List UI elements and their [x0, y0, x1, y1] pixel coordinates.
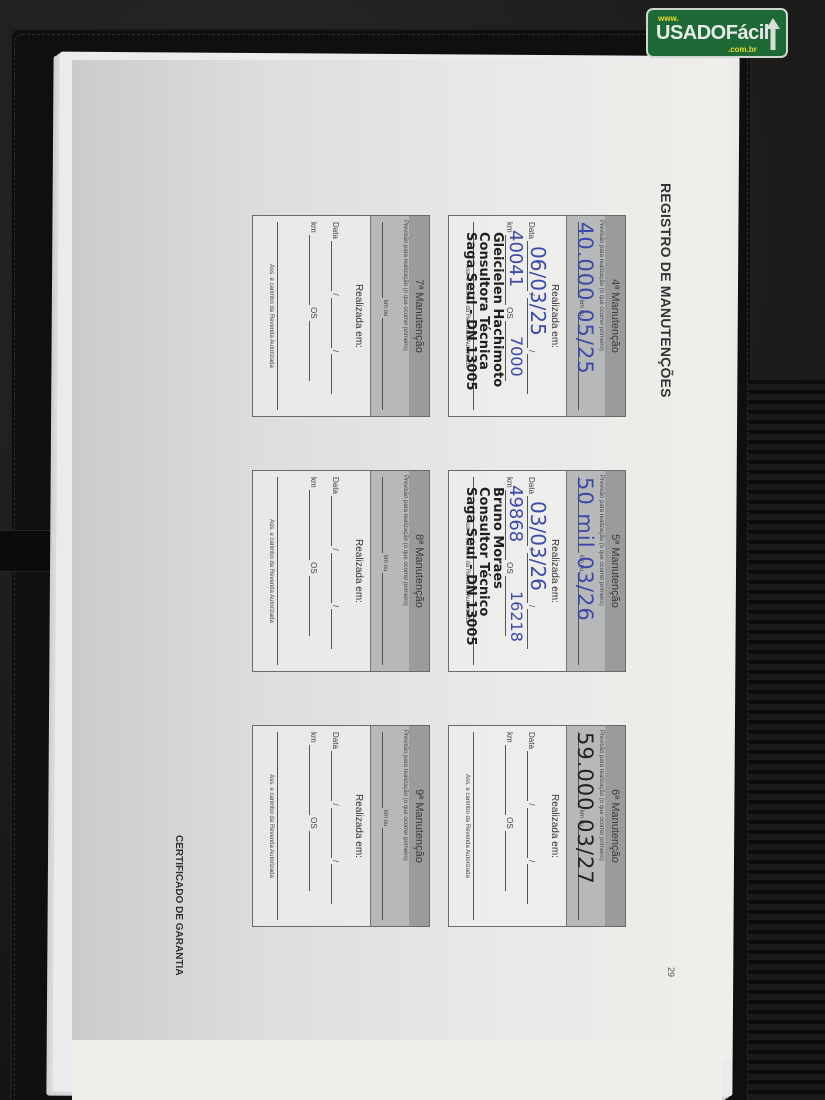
performed-label: Realizada em: [353, 216, 364, 416]
stamp-role: Consultor Técnico [477, 487, 491, 646]
date-row: Data / / [527, 732, 536, 904]
signature-caption: Ass. e carimbo da Revenda Autorizada [268, 216, 274, 416]
maintenance-card: 7ª Manutenção Previsão para realização (… [252, 215, 430, 417]
watermark-brand: USADOFácil [656, 22, 769, 45]
km-or-label: km ou [382, 808, 388, 828]
prediction-section: Previsão para realização (o que ocorrer … [370, 471, 409, 671]
km-label: km [309, 477, 318, 488]
prediction-caption: Previsão para realização (o que ocorrer … [402, 475, 408, 606]
km-label: km [309, 732, 318, 743]
km-os-row: km OS [505, 732, 514, 891]
usadofacil-watermark: www. USADOFácil .com.br [646, 8, 788, 58]
km-os-row: km OS [309, 732, 318, 891]
performed-km-handwriting: 40041 [505, 230, 526, 287]
maintenance-card: 5ª Manutenção Previsão para realização (… [448, 470, 626, 672]
os-label: OS [505, 817, 514, 829]
signature-line [473, 732, 474, 920]
os-label: OS [309, 562, 318, 574]
km-os-row: km OS [309, 477, 318, 636]
performed-section: Realizada em: Data / / km OS 03/03/26 49… [449, 471, 566, 671]
rotated-page-content: REGISTRO DE MANUTENÇÕES 29 CERTIFICADO D… [210, 155, 680, 1025]
performed-label: Realizada em: [549, 216, 560, 416]
stamp-name: Bruno Moraes [490, 487, 504, 646]
performed-date-handwriting: 03/03/26 [526, 501, 550, 591]
card-title: 7ª Manutenção [409, 216, 429, 416]
maintenance-grid: 4ª Manutenção Previsão para realização (… [246, 215, 626, 975]
os-label: OS [309, 307, 318, 319]
card-title: 4ª Manutenção [605, 216, 625, 416]
prediction-section: Previsão para realização (o que ocorrer … [370, 216, 409, 416]
date-label: Data [527, 222, 536, 239]
date-label: Data [331, 477, 340, 494]
prediction-section: Previsão para realização (o que ocorrer … [370, 726, 409, 926]
prediction-handwriting: 59.000 03/27 [573, 732, 597, 885]
prediction-caption: Previsão para realização (o que ocorrer … [598, 730, 604, 861]
performed-label: Realizada em: [353, 726, 364, 926]
km-or-label: km ou [382, 553, 388, 573]
card-title: 8ª Manutenção [409, 471, 429, 671]
km-or-label: km ou [382, 298, 388, 318]
performed-os-handwriting: 7000 [507, 336, 526, 377]
date-row: Data / / [331, 222, 340, 394]
performed-date-handwriting: 06/03/25 [526, 246, 550, 336]
performed-label: Realizada em: [549, 726, 560, 926]
next-page-edge [72, 1040, 722, 1100]
seat-fabric [748, 380, 825, 1100]
arrow-up-icon [766, 18, 780, 50]
km-label: km [309, 222, 318, 233]
performed-section: Realizada em: Data / / km OS 06/03/25 40… [449, 216, 566, 416]
prediction-handwriting: 50 mil 03/26 [573, 477, 597, 622]
os-label: OS [309, 817, 318, 829]
stamp-name: Gleicielen Hachimoto [490, 232, 504, 391]
maintenance-card: 9ª Manutenção Previsão para realização (… [252, 725, 430, 927]
page-number: 29 [666, 967, 676, 977]
os-label: OS [505, 307, 514, 319]
performed-label: Realizada em: [353, 471, 364, 671]
performed-section: Realizada em: Data / / km OS Ass. e cari… [253, 726, 370, 926]
page-footer: CERTIFICADO DE GARANTIA [173, 835, 184, 976]
page-title: REGISTRO DE MANUTENÇÕES [658, 183, 674, 398]
performed-label: Realizada em: [549, 471, 560, 671]
date-label: Data [527, 477, 536, 494]
stamp-role: Consultora Técnica [477, 232, 491, 391]
stamp-dealer: Saga Seul - DN 13005 [463, 232, 477, 391]
date-label: Data [527, 732, 536, 749]
card-title: 6ª Manutenção [605, 726, 625, 926]
signature-line [277, 477, 278, 665]
maintenance-card: 6ª Manutenção Previsão para realização (… [448, 725, 626, 927]
signature-caption: Ass. e carimbo da Revenda Autorizada [268, 471, 274, 671]
prediction-section: Previsão para realização (o que ocorrer … [566, 471, 605, 671]
card-title: 5ª Manutenção [605, 471, 625, 671]
performed-os-handwriting: 16218 [507, 591, 526, 642]
performed-section: Realizada em: Data / / km OS Ass. e cari… [253, 216, 370, 416]
signature-line [277, 732, 278, 920]
prediction-section: Previsão para realização (o que ocorrer … [566, 216, 605, 416]
date-label: Data [331, 222, 340, 239]
prediction-caption: Previsão para realização (o que ocorrer … [402, 730, 408, 861]
prediction-caption: Previsão para realização (o que ocorrer … [598, 220, 604, 351]
maintenance-card: 8ª Manutenção Previsão para realização (… [252, 470, 430, 672]
date-row: Data / / [331, 477, 340, 649]
dealer-stamp: Gleicielen Hachimoto Consultora Técnica … [463, 232, 504, 391]
performed-section: Realizada em: Data / / km OS Ass. e cari… [449, 726, 566, 926]
km-label: km [505, 732, 514, 743]
km-os-row: km OS [309, 222, 318, 381]
date-row: Data / / [331, 732, 340, 904]
prediction-section: Previsão para realização (o que ocorrer … [566, 726, 605, 926]
date-label: Data [331, 732, 340, 749]
dealer-stamp: Bruno Moraes Consultor Técnico Saga Seul… [463, 487, 504, 646]
signature-caption: Ass. e carimbo da Revenda Autorizada [464, 726, 470, 926]
watermark-domain: .com.br [728, 45, 757, 54]
prediction-caption: Previsão para realização (o que ocorrer … [598, 475, 604, 606]
signature-line [277, 222, 278, 410]
signature-caption: Ass. e carimbo da Revenda Autorizada [268, 726, 274, 926]
stamp-dealer: Saga Seul - DN 13005 [463, 487, 477, 646]
performed-km-handwriting: 49868 [505, 485, 526, 542]
maintenance-card: 4ª Manutenção Previsão para realização (… [448, 215, 626, 417]
prediction-caption: Previsão para realização (o que ocorrer … [402, 220, 408, 351]
prediction-handwriting: 40.000 05/25 [573, 222, 597, 375]
performed-section: Realizada em: Data / / km OS Ass. e cari… [253, 471, 370, 671]
card-title: 9ª Manutenção [409, 726, 429, 926]
os-label: OS [505, 562, 514, 574]
